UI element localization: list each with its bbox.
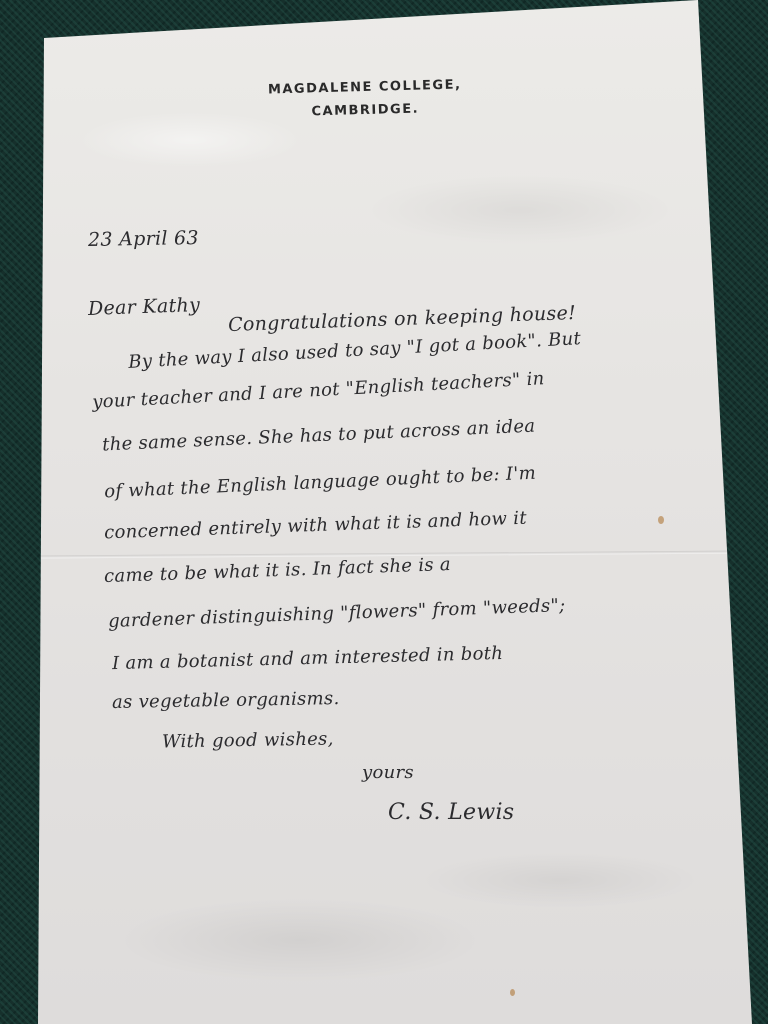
ink-stain [510, 989, 515, 996]
letter-paper: MAGDALENE COLLEGE, CAMBRIDGE. 23 April 6… [0, 0, 768, 1024]
letter-closing: yours [362, 762, 414, 783]
letter-signature: C. S. Lewis [388, 800, 514, 825]
letter-line: came to be what it is. In fact she is a [104, 554, 452, 587]
letter-line: your teacher and I are not "English teac… [92, 368, 545, 413]
letterhead-city: CAMBRIDGE. [250, 100, 480, 121]
letterhead-college: MAGDALENE COLLEGE, [250, 77, 480, 98]
letter-line: By the way I also used to say "I got a b… [128, 328, 582, 373]
letter-line: as vegetable organisms. [112, 688, 340, 713]
letter-line: I am a botanist and am interested in bot… [112, 643, 504, 674]
letter-line: the same sense. She has to put across an… [102, 416, 536, 456]
letter-salutation: Dear Kathy [88, 294, 201, 320]
letter-line: concerned entirely with what it is and h… [104, 508, 527, 544]
letter-line: of what the English language ought to be… [104, 463, 537, 503]
ink-stain [658, 516, 664, 524]
letterhead: MAGDALENE COLLEGE, CAMBRIDGE. [250, 77, 481, 121]
letter-closing-wishes: With good wishes, [162, 729, 334, 753]
letter-line: gardener distinguishing "flowers" from "… [108, 595, 566, 632]
letter-date: 23 April 63 [88, 227, 199, 251]
